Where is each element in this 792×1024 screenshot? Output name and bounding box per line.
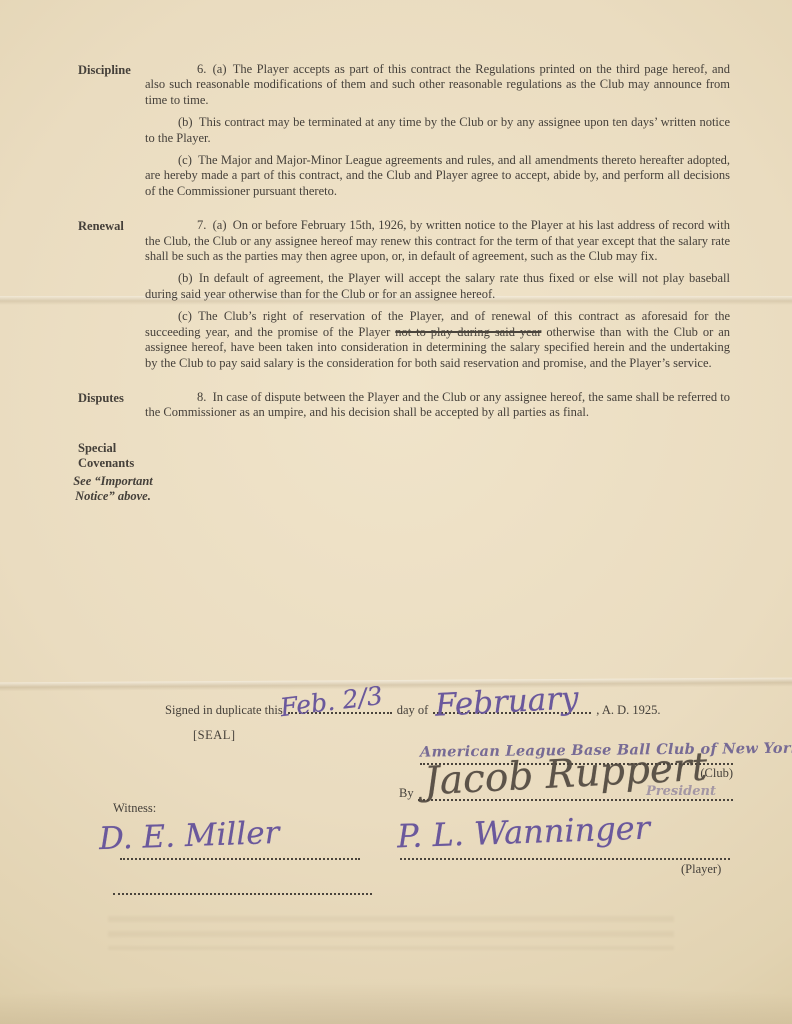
- paragraph-6a: 6. (a) The Player accepts as part of thi…: [145, 62, 730, 108]
- fold-crease-lower: [0, 678, 792, 692]
- player-signature-line: [400, 856, 730, 860]
- month-blank-line: February: [433, 699, 591, 714]
- clause-special-covenants: Special Covenants See “Important Notice”…: [78, 440, 730, 504]
- witness-signature: D. E. Miller: [98, 815, 280, 857]
- handwritten-month: February: [434, 680, 579, 723]
- player-caption: (Player): [681, 862, 721, 877]
- clause-label-discipline: Discipline: [78, 62, 145, 206]
- bleed-through-ghosting: [108, 916, 674, 950]
- paragraph-7a: 7. (a) On or before February 15th, 1926,…: [145, 218, 730, 264]
- special-covenants-heading: Special Covenants: [78, 441, 134, 470]
- clause-body-special-covenants: [154, 440, 730, 504]
- clause-body-discipline: 6. (a) The Player accepts as part of thi…: [145, 62, 730, 206]
- paragraph-6b: (b) This contract may be terminated at a…: [145, 115, 730, 146]
- clause-body-renewal: 7. (a) On or before February 15th, 1926,…: [145, 218, 730, 378]
- bottom-page-shadow: [0, 934, 792, 1024]
- clause-label-renewal: Renewal: [78, 218, 145, 378]
- paragraph-7c: (c) The Club’s right of reservation of t…: [145, 309, 730, 371]
- clause-renewal: Renewal 7. (a) On or before February 15t…: [78, 218, 730, 378]
- paragraph-6c: (c) The Major and Major-Minor League agr…: [145, 153, 730, 199]
- paragraph-8: 8. In case of dispute between the Player…: [145, 390, 730, 421]
- clause-label-disputes: Disputes: [78, 390, 145, 428]
- special-covenants-note: See “Important Notice” above.: [72, 474, 154, 504]
- player-signature: P. L. Wanninger: [396, 809, 650, 856]
- signed-prefix-text: Signed in duplicate this: [165, 703, 283, 718]
- signed-date-line: Signed in duplicate thisFeb. 2/3day ofFe…: [165, 699, 661, 719]
- clause-label-special-covenants: Special Covenants See “Important Notice”…: [78, 440, 154, 504]
- clause-discipline: Discipline 6. (a) The Player accepts as …: [78, 62, 730, 206]
- seal-label: [SEAL]: [193, 728, 236, 743]
- day-of-text: day of: [397, 703, 429, 718]
- paragraph-7c-struck-text: not to play during said year: [395, 325, 541, 339]
- contract-page: Discipline 6. (a) The Player accepts as …: [0, 0, 792, 1024]
- president-stamp: President: [646, 784, 716, 799]
- witness-signature-line: [120, 856, 360, 860]
- witness-label: Witness:: [113, 801, 156, 816]
- blank-witness-line: [113, 891, 372, 895]
- handwritten-day: Feb. 2/3: [278, 681, 384, 722]
- clause-body-disputes: 8. In case of dispute between the Player…: [145, 390, 730, 428]
- paragraph-7b: (b) In default of agreement, the Player …: [145, 271, 730, 302]
- day-blank-line: Feb. 2/3: [288, 699, 392, 714]
- year-suffix-text: , A. D. 1925.: [596, 703, 660, 718]
- clause-disputes: Disputes 8. In case of dispute between t…: [78, 390, 730, 428]
- clause-list: Discipline 6. (a) The Player accepts as …: [78, 62, 730, 516]
- by-label: By: [399, 786, 414, 801]
